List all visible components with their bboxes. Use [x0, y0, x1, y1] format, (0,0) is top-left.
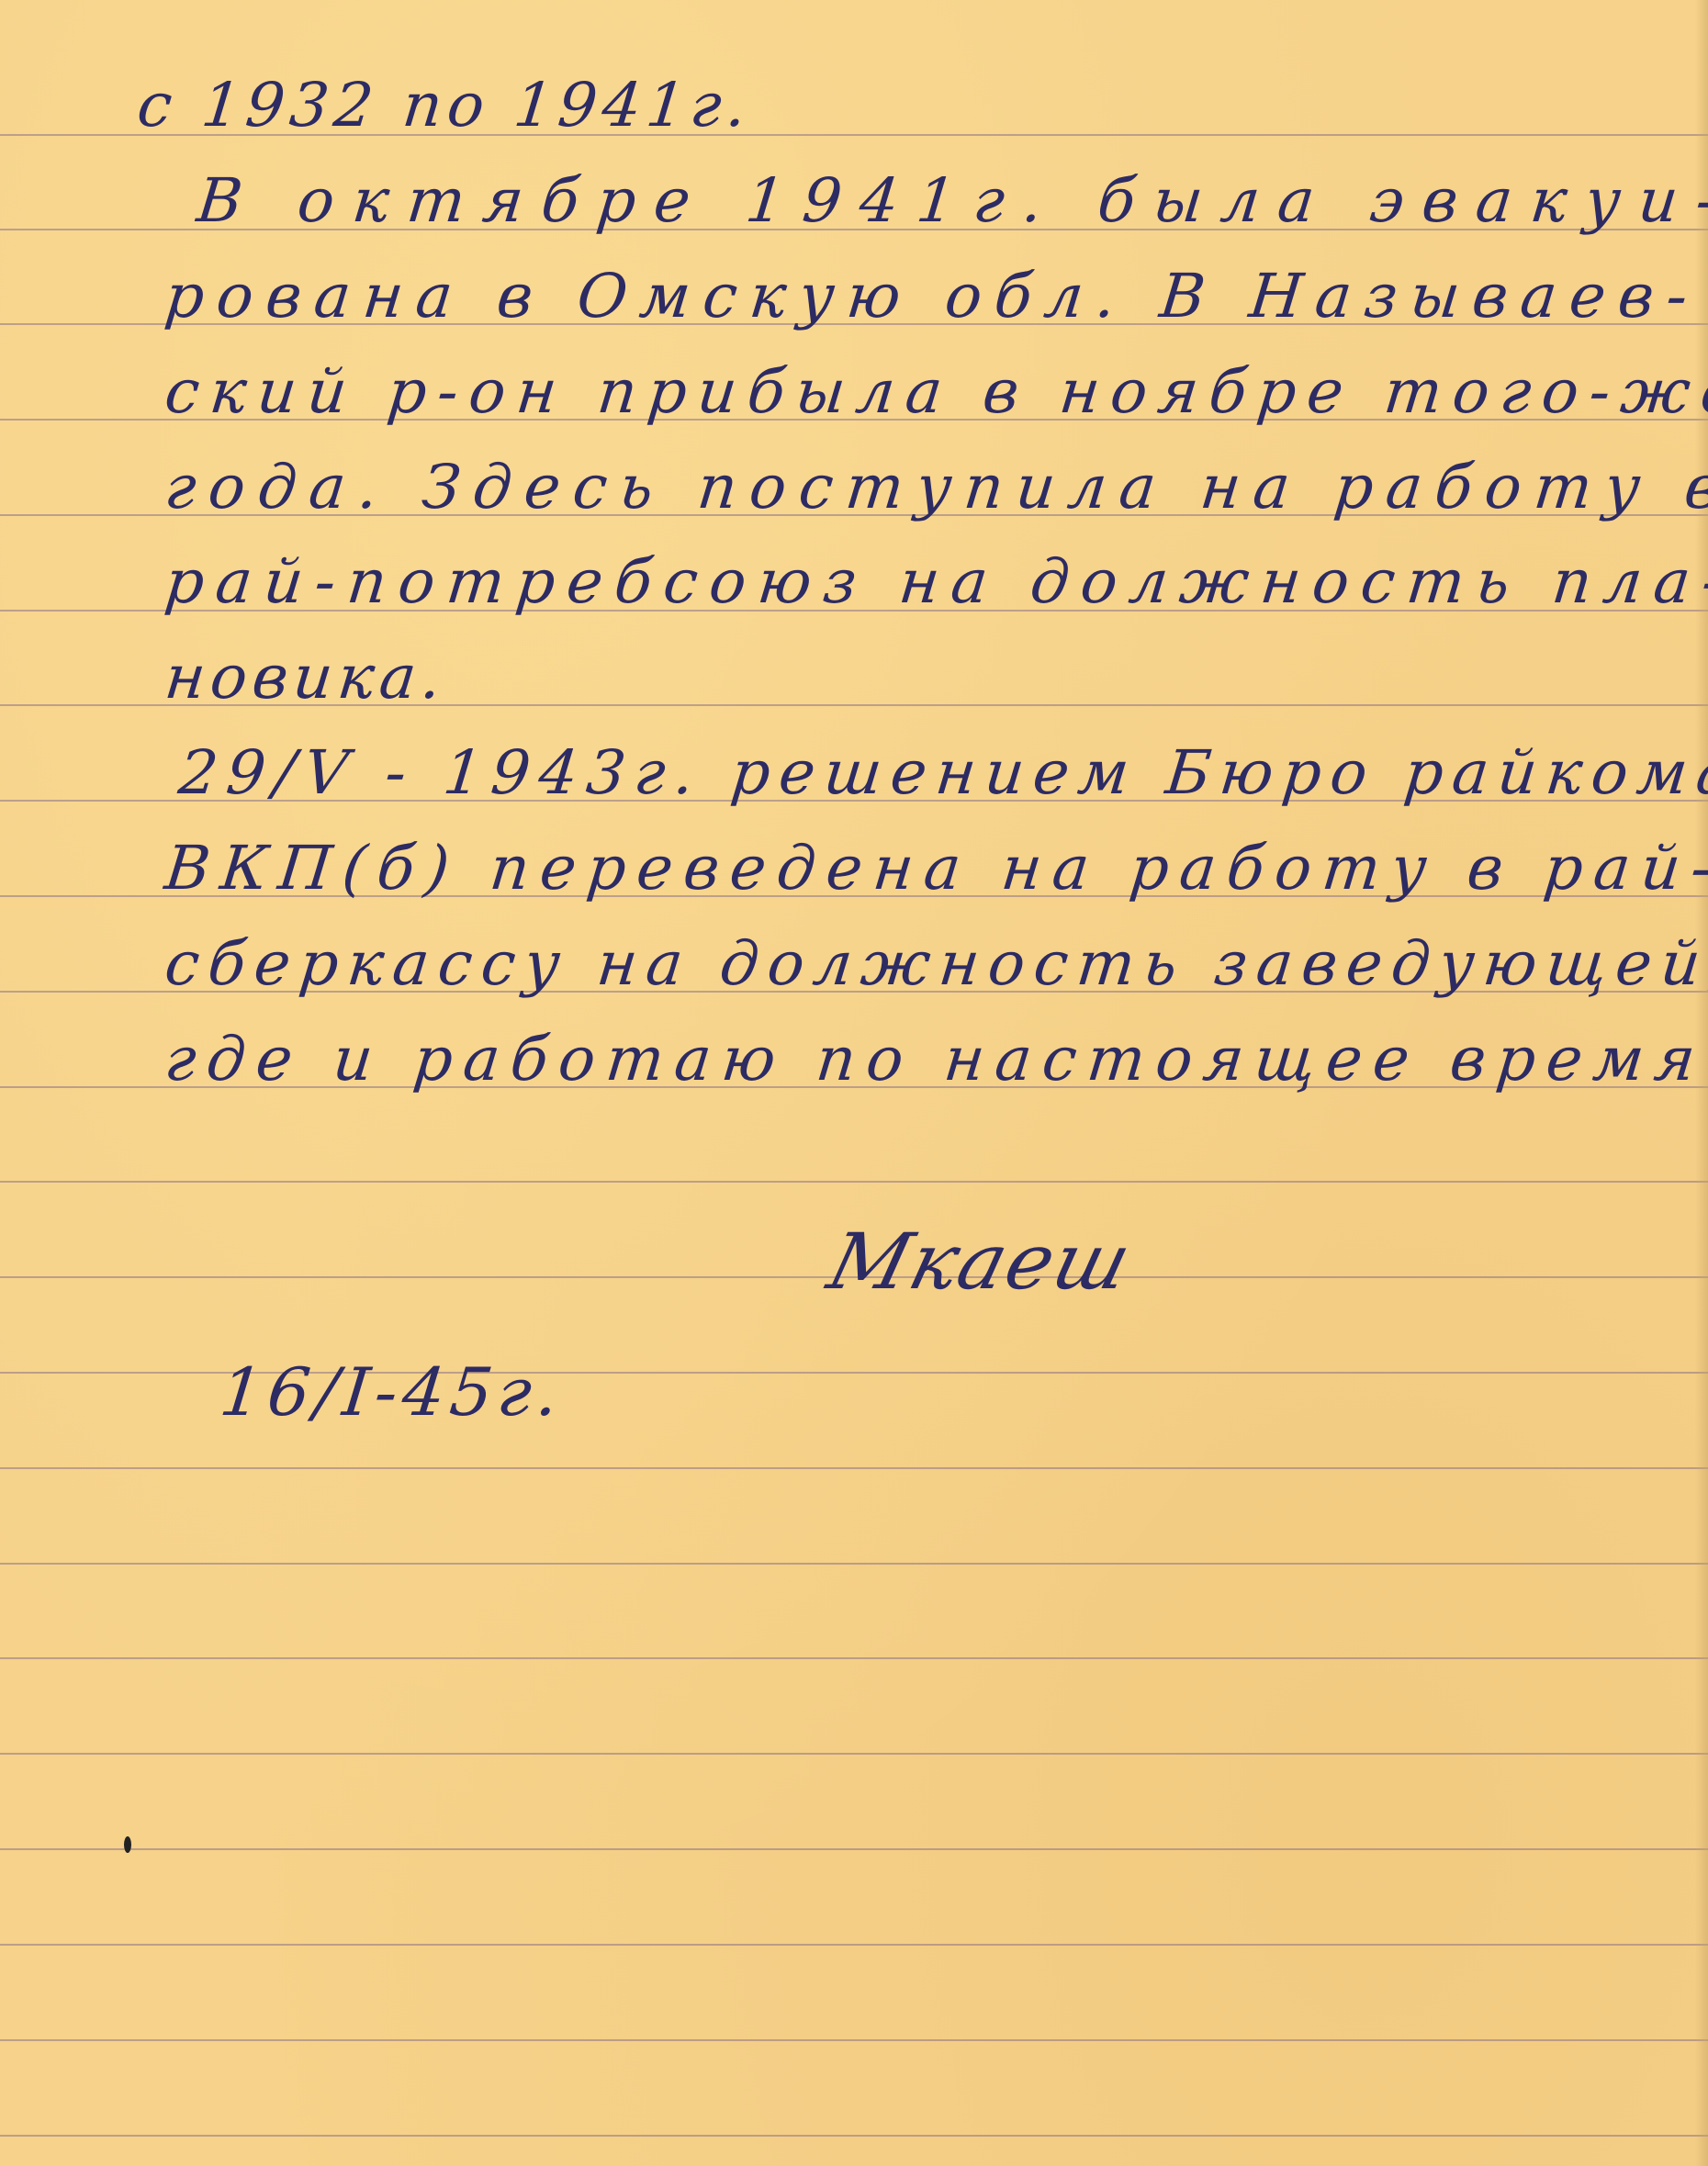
- text-line-1: с 1932 по 1941г.: [135, 75, 755, 136]
- ruled-line: [0, 1848, 1708, 1850]
- ruled-line: [0, 1944, 1708, 1946]
- ruled-line: [0, 1181, 1708, 1183]
- ruled-line: [0, 2039, 1708, 2041]
- text-line-10: сберкассу на должность заведующей,: [163, 934, 1708, 994]
- text-line-8: 29/V - 1943г. решением Бюро райкома: [176, 743, 1708, 803]
- text-line-9: ВКП(б) переведена на работу в рай-: [163, 838, 1708, 899]
- ruled-line: [0, 1657, 1708, 1659]
- ruled-line: [0, 2135, 1708, 2137]
- ink-speck: [124, 1836, 131, 1853]
- text-line-11: где и работаю по настоящее время.: [163, 1029, 1708, 1090]
- text-line-4: ский р-он прибыла в ноябре того-же: [163, 362, 1708, 422]
- text-line-5: года. Здесь поступила на работу в: [163, 457, 1708, 518]
- text-line-3: рована в Омскую обл. В Называев-: [163, 266, 1703, 327]
- text-line-6: рай-потребсоюз на должность пла-: [163, 552, 1708, 612]
- document-date: 16/I-45г.: [217, 1359, 567, 1425]
- ruled-line: [0, 1563, 1708, 1565]
- ruled-line: [0, 1467, 1708, 1469]
- signature: Мкаеш: [820, 1217, 1141, 1307]
- text-line-7: новика.: [163, 647, 450, 708]
- text-line-2: В октябре 1941г. была эвакуи-: [195, 171, 1708, 231]
- document-page: с 1932 по 1941г. В октябре 1941г. была э…: [0, 0, 1708, 2166]
- ruled-line: [0, 1753, 1708, 1755]
